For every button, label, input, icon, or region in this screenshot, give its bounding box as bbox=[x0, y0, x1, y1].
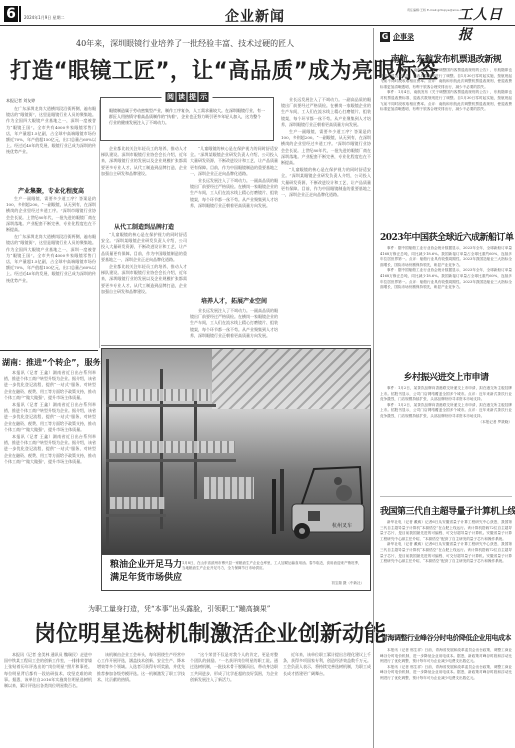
section-title: 企业新闻 bbox=[225, 6, 285, 26]
lead-column-2: 生产一副眼镜，需要多少道工序？答案是约100，多则超200。“一副眼镜，从无到有… bbox=[6, 196, 96, 348]
lead-byline: 本报记者 刘友婷 bbox=[6, 98, 35, 104]
photo-caption-title: 粮油企业开足马力 满足年货市场供应 bbox=[110, 559, 182, 585]
lead-headline[interactable]: 打造“眼镜工匠”，让“高品质”成为亮眼标签 bbox=[10, 54, 439, 85]
warehouse-forklift-photo: 杭州叉车 bbox=[101, 348, 371, 555]
page-number: 6 bbox=[4, 6, 18, 22]
warehouse-roof bbox=[212, 349, 371, 409]
caption-title-line: 粮油企业开足马力 bbox=[110, 559, 182, 572]
sidebar-divider bbox=[373, 28, 374, 748]
lead-column-5: “儿童眼镜的核心是在保护视力的同时舒适安全。”深圳某眼镜企业研发负责人介绍，公司… bbox=[190, 146, 278, 282]
bottom-kicker: 为职工量身打造，凭“本事”出头露脸，引领职工“蹦高摘果” bbox=[88, 604, 270, 614]
bottom-column-4: 近年来，该单位职工累计提出合理化建议上千条，获得多项国家专利，创造经济效益数千万… bbox=[283, 652, 371, 746]
pallet-bottles bbox=[204, 477, 254, 499]
sidebar-enterprise-records: G 企事录 南航、东航发布机票退改新规 事件：1月4日，南航发布《关于调整国内客… bbox=[376, 30, 515, 748]
sidebar-story-body: 事件：据中国船舶工业行业协会统计数据显示，2023年全年，全球新船订单量4168… bbox=[380, 246, 512, 366]
lead-column-4: “儿童眼镜的核心是在保护视力的同时舒适安全。”深圳某眼镜企业研发负责人介绍，公司… bbox=[101, 232, 187, 342]
brief-divider bbox=[0, 350, 98, 351]
bottom-headline[interactable]: 岗位明星选树机制激活企业创新动能 bbox=[34, 617, 386, 648]
photo-credit: 初宝瑞 摄（中新社） bbox=[331, 581, 364, 586]
rack-beam bbox=[106, 404, 216, 407]
reading-tip-char: 提 bbox=[188, 92, 198, 102]
lead-subhead-2: 从代工制造到品牌打造 bbox=[101, 222, 187, 231]
lead-column-6: 业长远发展注入了不竭动力。一副高品质的眼镜出厂前要经过严格质检。在横岗一家眼镜企… bbox=[190, 308, 278, 342]
lead-kicker: 40年来，深圳眼镜行业培养了一批经验丰富、技术过硬的匠人 bbox=[76, 38, 294, 49]
sidebar-story-headline[interactable]: 南航、东航发布机票退改新规 bbox=[380, 52, 512, 65]
sidebar-credit: （本报记者 罗筱晓） bbox=[380, 420, 512, 426]
brief-body: 本报讯（记者 王鑫）湖南省近日出台系列举措，推进个体工商户转型升级为企业。据介绍… bbox=[4, 370, 96, 592]
bottom-column-1: 本报讯（记者 金美林 通讯员 魏瑞民）走进中国中铁某工程局工会的创新工作室，一排… bbox=[4, 652, 92, 746]
masthead: 6 2024年1月9日 星期二 企业新闻 责任编辑:王娇 E-mail:grlb… bbox=[0, 0, 515, 26]
oil-bottles bbox=[110, 441, 235, 453]
sidebar-label: G 企事录 bbox=[380, 32, 414, 42]
oil-bottles bbox=[110, 497, 165, 509]
lead-column-7: 业长远发展注入了不竭动力。一副高品质的眼镜出厂前要经过严格质检。在横岗一家眼镜企… bbox=[281, 97, 371, 342]
oil-bottles bbox=[110, 389, 210, 401]
sidebar-story-headline[interactable]: 我国第三代自主超导量子计算机上线 bbox=[380, 504, 512, 517]
reading-tip-char: 示 bbox=[199, 92, 209, 102]
rack-beam bbox=[106, 459, 236, 462]
reading-tip-char: 读 bbox=[177, 92, 187, 102]
photo-caption-text: 1月8日，在山东省滨州市博兴县一家粮油生产企业仓库里，工人加紧运输食用油。春节临… bbox=[182, 561, 364, 571]
column-divider bbox=[99, 100, 100, 348]
lead-subhead-1: 产业集聚，专业化程度高 bbox=[6, 186, 96, 195]
sidebar-story-body: 本报讯（记者 邢生祥）日前，青海省发展和改革委员会出台政策，调整工商业峰谷分时电… bbox=[380, 648, 512, 748]
caption-title-line: 满足年货市场供应 bbox=[110, 572, 182, 585]
rack-post bbox=[106, 359, 109, 549]
section-divider bbox=[101, 345, 371, 346]
sidebar-story-headline[interactable]: 乡村振兴进交上市申请 bbox=[380, 370, 512, 383]
bottom-column-3: “这个荣誉不仅是对我个人的肯定，更是对整个团队的鼓励。”一名获评岗位明星的职工说… bbox=[190, 652, 278, 746]
lead-column-1: 在广东深圳龙岗大道横岗段沿街两侧，遍布眼镜店的“眼镜街”，这里是眼镜行业人员的聚… bbox=[6, 106, 96, 184]
reading-tip-title: 阅 读 提 示 bbox=[162, 92, 213, 102]
sidebar-story-headline[interactable]: 2023年中国获全球近六成新船订单 bbox=[380, 230, 512, 243]
reading-tip-box: 阅 读 提 示 眼镜制造属于劳动密集型产业，制作工序复杂，人工需求量较大。在深圳… bbox=[100, 97, 274, 141]
lead-subhead-3: 培养人才，拓展产业空间 bbox=[190, 296, 278, 305]
page-number-bar bbox=[19, 6, 21, 22]
sidebar-label-text: 企事录 bbox=[393, 32, 414, 42]
sidebar-badge-icon: G bbox=[380, 32, 390, 42]
lead-column-3: 企业都比较关注年轻员工的培养，推动人才梯队建设。深圳市眼镜行业协会会长介绍，近年… bbox=[101, 146, 187, 220]
bottom-column-2: 该机制由企业工会牵头，每年围绕生产经营中心工作开展评选，涵盖技术创新、安全生产、… bbox=[97, 652, 185, 746]
reading-tip-char: 阅 bbox=[166, 92, 176, 102]
issue-date: 2024年1月9日 星期二 bbox=[24, 15, 65, 21]
sidebar-story-headline[interactable]: 青海调整行业峰谷分时电价降低企业用电成本 bbox=[380, 633, 512, 643]
reading-tip-text: 眼镜制造属于劳动密集型产业，制作工序复杂，人工需求量较大。在深圳眼镜行业，有一群… bbox=[109, 108, 265, 126]
rack-beam bbox=[106, 514, 166, 517]
forklift-icon: 杭州叉车 bbox=[272, 459, 367, 539]
svg-text:杭州叉车: 杭州叉车 bbox=[332, 522, 352, 529]
sidebar-story-body: 事件：1月2日，某茶饮品牌向香港联交所递交上市申请，拟在港交所主板挂牌上市。招股… bbox=[380, 386, 512, 490]
sidebar-story-body: 事件：1月4日，南航发布《关于调整国内客票退改规则的公告》，东航随即也对机票退改… bbox=[380, 68, 512, 226]
sidebar-divider bbox=[380, 496, 512, 497]
sidebar-story-body: 新华社电（记者 戴威）记者6日从安徽省量子计算工程研究中心获悉，我国第三代自主超… bbox=[380, 520, 512, 630]
photo-caption-box: 粮油企业开足马力 满足年货市场供应 1月8日，在山东省滨州市博兴县一家粮油生产企… bbox=[101, 555, 371, 591]
